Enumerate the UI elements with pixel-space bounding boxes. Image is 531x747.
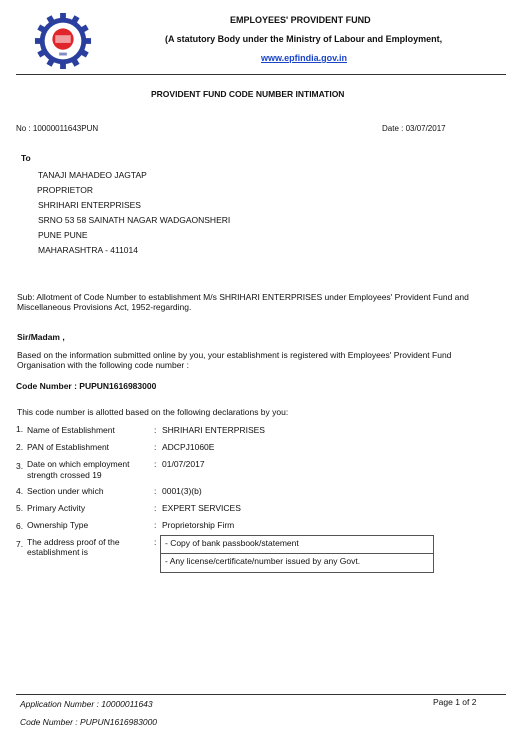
reference-number: No : 10000011643PUN	[16, 124, 98, 133]
subject-line: Sub: Allotment of Code Number to establi…	[17, 292, 469, 302]
address-line: SHRIHARI ENTERPRISES	[38, 200, 141, 210]
declaration-value: 01/07/2017	[162, 459, 205, 469]
subject-line: Miscellaneous Provisions Act, 1952-regar…	[17, 302, 191, 312]
address-proof-item: - Any license/certificate/number issued …	[165, 556, 360, 566]
to-label: To	[21, 153, 31, 163]
address-line: MAHARASHTRA - 411014	[38, 245, 138, 255]
org-name: EMPLOYEES' PROVIDENT FUND	[230, 15, 371, 25]
body-text: Based on the information submitted onlin…	[17, 350, 451, 360]
declaration-label: Ownership Type	[27, 520, 88, 531]
declaration-value: Proprietorship Firm	[162, 520, 234, 530]
footer-divider	[16, 694, 506, 695]
declaration-label: Section under which	[27, 486, 104, 497]
body-text: Organisation with the following code num…	[17, 360, 189, 370]
declaration-label: PAN of Establishment	[27, 442, 109, 453]
declaration-label: establishment is	[27, 547, 88, 558]
address-proof-item: - Copy of bank passbook/statement	[165, 538, 299, 548]
page-title: PROVIDENT FUND CODE NUMBER INTIMATION	[151, 89, 344, 99]
page-number: Page 1 of 2	[433, 697, 476, 707]
declaration-value: 0001(3)(b)	[162, 486, 202, 496]
address-line: SRNO 53 58 SAINATH NAGAR WADGAONSHERI	[38, 215, 230, 225]
address-proof-table: - Copy of bank passbook/statement - Any …	[160, 535, 434, 573]
footer-application-number: Application Number : 10000011643	[20, 699, 153, 709]
declaration-value: ADCPJ1060E	[162, 442, 214, 452]
table-divider	[161, 553, 433, 554]
declaration-label: Date on which employment	[27, 459, 130, 470]
addressee-designation: PROPRIETOR	[37, 185, 93, 195]
org-subtitle: (A statutory Body under the Ministry of …	[165, 34, 442, 44]
footer-code-number: Code Number : PUPUN1616983000	[20, 717, 157, 727]
declaration-label: strength crossed 19	[27, 470, 102, 481]
salutation: Sir/Madam ,	[17, 332, 65, 342]
letter-date: Date : 03/07/2017	[382, 124, 446, 133]
header-divider	[16, 74, 506, 75]
code-number: Code Number : PUPUN1616983000	[16, 381, 156, 391]
declaration-label: Primary Activity	[27, 503, 85, 514]
declaration-value: SHRIHARI ENTERPRISES	[162, 425, 265, 435]
declaration-label: Name of Establishment	[27, 425, 115, 436]
declaration-value: EXPERT SERVICES	[162, 503, 241, 513]
addressee-name: TANAJI MAHADEO JAGTAP	[38, 170, 147, 180]
address-line: PUNE PUNE	[38, 230, 88, 240]
epfo-logo-icon	[34, 12, 92, 70]
declarations-intro: This code number is allotted based on th…	[17, 407, 288, 417]
website-link[interactable]: www.epfindia.gov.in	[261, 53, 347, 63]
